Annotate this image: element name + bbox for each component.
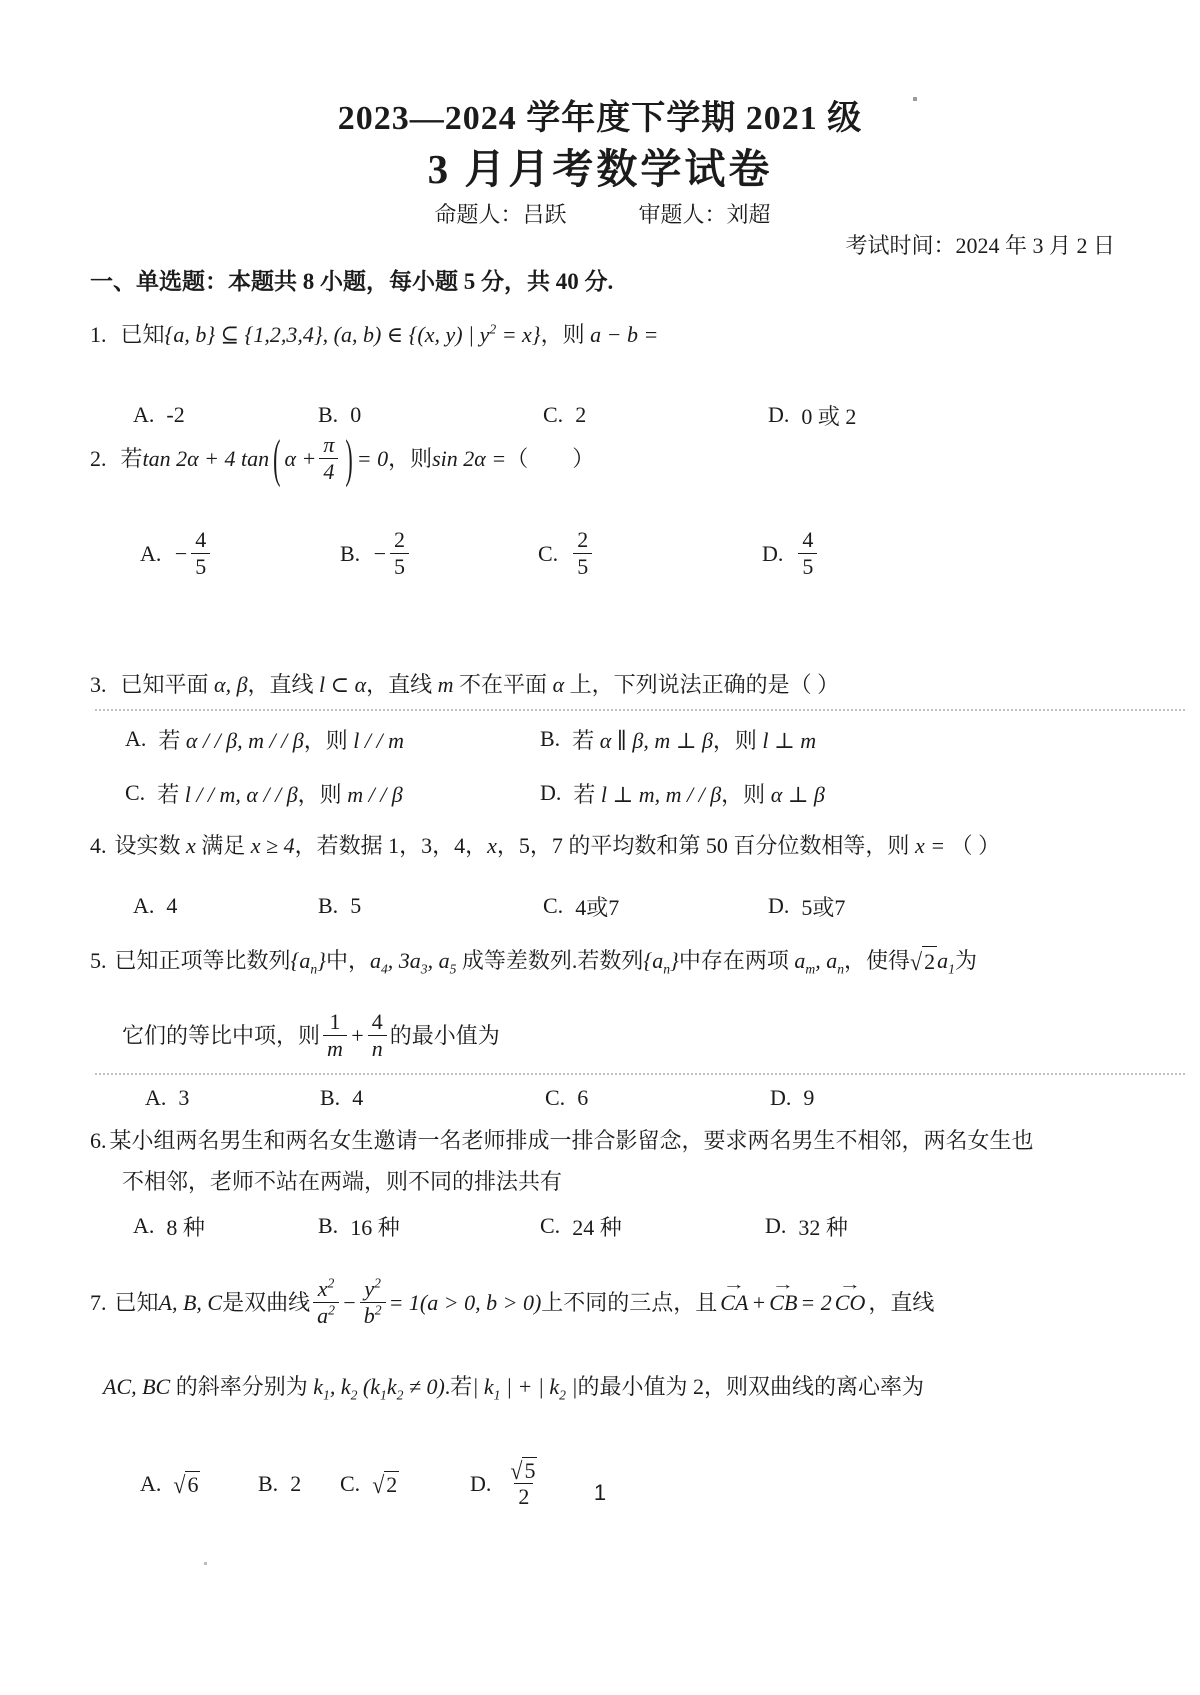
dotted-divider-1 <box>95 709 1185 711</box>
option-label: B. <box>340 541 360 567</box>
question-4-number: 4. <box>90 833 107 858</box>
exam-setters: 命题人：吕跃 审题人：刘超 <box>90 200 1115 230</box>
question-5-stem-line2: 它们的等比中项，则 1m + 4n 的最小值为 <box>122 1005 1115 1067</box>
exam-time: 考试时间：2024 年 3 月 2 日 <box>90 231 1115 261</box>
page-number: 1 <box>0 1480 1200 1506</box>
option-label: A. <box>140 541 161 567</box>
option-value: 若 l ⊥ m, m / / β，则 α ⊥ β <box>573 778 825 809</box>
option-value: 45 <box>795 528 820 580</box>
option-value: 若 α ∥ β, m ⊥ β，则 l ⊥ m <box>572 724 816 755</box>
question-5-text-line2: 它们的等比中项，则 1m + 4n 的最小值为 <box>122 1010 500 1062</box>
option-label: A. <box>133 1213 154 1239</box>
option-label: C. <box>540 1213 560 1239</box>
option-value: 4 <box>352 1085 363 1111</box>
section-heading: 一、单选题：本题共 8 小题，每小题 5 分，共 40 分. <box>90 266 1115 297</box>
question-2-number: 2. <box>90 444 107 474</box>
option-value: 若 l / / m, α / / β，则 m / / β <box>157 778 403 809</box>
question-2-stem: 2.若 tan 2α + 4 tan(α + π4) = 0，则 sin 2α … <box>90 418 1115 500</box>
question-1-number: 1. <box>90 322 107 347</box>
question-4-options: A.4 B.5 C.4或7 D.5或7 <box>0 891 1200 921</box>
question-5-text: 已知正项等比数列{an}中，a4, 3a3, a5 成等差数列.若数列{an}中… <box>115 948 977 973</box>
option-label: C. <box>543 893 563 919</box>
q6-option-b: B.16 种 <box>318 1211 400 1241</box>
option-label: D. <box>765 1213 786 1239</box>
question-6-stem: 6.某小组两名男生和两名女生邀请一名老师排成一排合影留念，要求两名男生不相邻，两… <box>90 1126 1115 1156</box>
q5-option-b: B.4 <box>320 1083 363 1113</box>
question-1-text: 已知{a, b} ⊆ {1,2,3,4}, (a, b) ∈ {(x, y) |… <box>121 322 659 347</box>
option-value: 3 <box>178 1085 189 1111</box>
q4-option-a: A.4 <box>133 891 177 921</box>
q2-option-c: C.25 <box>538 510 595 598</box>
q6-option-d: D.32 种 <box>765 1211 848 1241</box>
q4-option-c: C.4或7 <box>543 891 619 921</box>
option-label: D. <box>540 780 561 806</box>
option-label: A. <box>145 1085 166 1111</box>
option-value: 16 种 <box>350 1211 400 1242</box>
option-value: 24 种 <box>572 1211 622 1242</box>
question-3-number: 3. <box>90 672 107 697</box>
option-label: A. <box>133 893 154 919</box>
option-label: B. <box>318 893 338 919</box>
q3-option-c: C.若 l / / m, α / / β，则 m / / β <box>125 776 403 810</box>
question-3-text: 已知平面 α, β，直线 l ⊂ α，直线 m 不在平面 α 上，下列说法正确的… <box>121 672 840 697</box>
question-6-stem-line2: 不相邻，老师不站在两端，则不同的排法共有 <box>122 1167 1115 1197</box>
option-label: B. <box>318 1213 338 1239</box>
question-4-stem: 4.设实数 x 满足 x ≥ 4，若数据 1，3，4，x，5，7 的平均数和第 … <box>90 831 1115 861</box>
option-value: 若 α / / β, m / / β，则 l / / m <box>158 724 404 755</box>
question-7-text-line2: AC, BC 的斜率分别为 k1, k2 (k1k2 ≠ 0).若| k1 | … <box>103 1374 924 1399</box>
q3-option-a: A.若 α / / β, m / / β，则 l / / m <box>125 722 404 756</box>
exam-title-line2: 3 月月考数学试卷 <box>0 142 1200 197</box>
question-2-text: 若 tan 2α + 4 tan(α + π4) = 0，则 sin 2α = … <box>121 433 595 485</box>
option-value: 4 <box>166 893 177 919</box>
question-6-text-line2: 不相邻，老师不站在两端，则不同的排法共有 <box>122 1169 562 1194</box>
question-7-stem-line2: AC, BC 的斜率分别为 k1, k2 (k1k2 ≠ 0).若| k1 | … <box>103 1372 1115 1402</box>
q2-option-b: B.− 25 <box>340 510 412 598</box>
option-value: 5或7 <box>801 891 845 922</box>
option-value: 6 <box>577 1085 588 1111</box>
option-value: 4或7 <box>575 891 619 922</box>
question-3-options-row1: A.若 α / / β, m / / β，则 l / / m B.若 α ∥ β… <box>0 722 1200 756</box>
question-5-number: 5. <box>90 948 107 973</box>
question-5-options: A.3 B.4 C.6 D.9 <box>0 1083 1200 1113</box>
question-6-options: A.8 种 B.16 种 C.24 种 D.32 种 <box>0 1211 1200 1241</box>
option-label: D. <box>768 893 789 919</box>
option-value: 9 <box>803 1085 814 1111</box>
option-label: B. <box>320 1085 340 1111</box>
question-2-options: A.− 45 B.− 25 C.25 D.45 <box>0 510 1200 598</box>
question-7-stem: 7.已知 A, B, C 是双曲线 x2a2 − y2b2 = 1(a > 0,… <box>90 1266 1115 1340</box>
option-value: 25 <box>570 528 595 580</box>
q3-option-b: B.若 α ∥ β, m ⊥ β，则 l ⊥ m <box>540 722 816 756</box>
question-3-stem: 3.已知平面 α, β，直线 l ⊂ α，直线 m 不在平面 α 上，下列说法正… <box>90 670 1115 700</box>
option-label: B. <box>540 726 560 752</box>
dotted-divider-2 <box>95 1073 1185 1075</box>
q6-option-c: C.24 种 <box>540 1211 622 1241</box>
exam-paper-page: 2023—2024 学年度下学期 2021 级 3 月月考数学试卷 命题人：吕跃… <box>0 0 1200 1695</box>
question-6-text: 某小组两名男生和两名女生邀请一名老师排成一排合影留念，要求两名男生不相邻，两名女… <box>110 1128 1034 1153</box>
question-1-stem: 1.已知{a, b} ⊆ {1,2,3,4}, (a, b) ∈ {(x, y)… <box>90 320 1115 350</box>
question-4-text: 设实数 x 满足 x ≥ 4，若数据 1，3，4，x，5，7 的平均数和第 50… <box>115 833 1001 858</box>
option-value: 32 种 <box>798 1211 848 1242</box>
option-label: D. <box>770 1085 791 1111</box>
option-label: C. <box>538 541 558 567</box>
q6-option-a: A.8 种 <box>133 1211 205 1241</box>
q4-option-d: D.5或7 <box>768 891 845 921</box>
q4-option-b: B.5 <box>318 891 361 921</box>
question-7-number: 7. <box>90 1288 107 1318</box>
question-3-options-row2: C.若 l / / m, α / / β，则 m / / β D.若 l ⊥ m… <box>0 776 1200 810</box>
question-7-text: 已知 A, B, C 是双曲线 x2a2 − y2b2 = 1(a > 0, b… <box>115 1277 935 1329</box>
option-value: 5 <box>350 893 361 919</box>
print-artifact-dot-2 <box>204 1562 207 1565</box>
option-label: A. <box>125 726 146 752</box>
option-value: − 45 <box>173 528 213 580</box>
option-value: 8 种 <box>166 1211 205 1242</box>
option-label: C. <box>545 1085 565 1111</box>
q5-option-c: C.6 <box>545 1083 588 1113</box>
option-label: D. <box>762 541 783 567</box>
q2-option-a: A.− 45 <box>140 510 213 598</box>
proposer: 命题人：吕跃 <box>434 200 566 230</box>
question-5-stem: 5.已知正项等比数列{an}中，a4, 3a3, a5 成等差数列.若数列{an… <box>90 946 1115 977</box>
reviewer: 审题人：刘超 <box>639 200 771 230</box>
q3-option-d: D.若 l ⊥ m, m / / β，则 α ⊥ β <box>540 776 825 810</box>
option-value: − 25 <box>372 528 412 580</box>
exam-title-line1: 2023—2024 学年度下学期 2021 级 <box>0 96 1200 142</box>
q5-option-a: A.3 <box>145 1083 189 1113</box>
q2-option-d: D.45 <box>762 510 820 598</box>
question-6-number: 6. <box>90 1128 107 1153</box>
option-label: C. <box>125 780 145 806</box>
q5-option-d: D.9 <box>770 1083 814 1113</box>
